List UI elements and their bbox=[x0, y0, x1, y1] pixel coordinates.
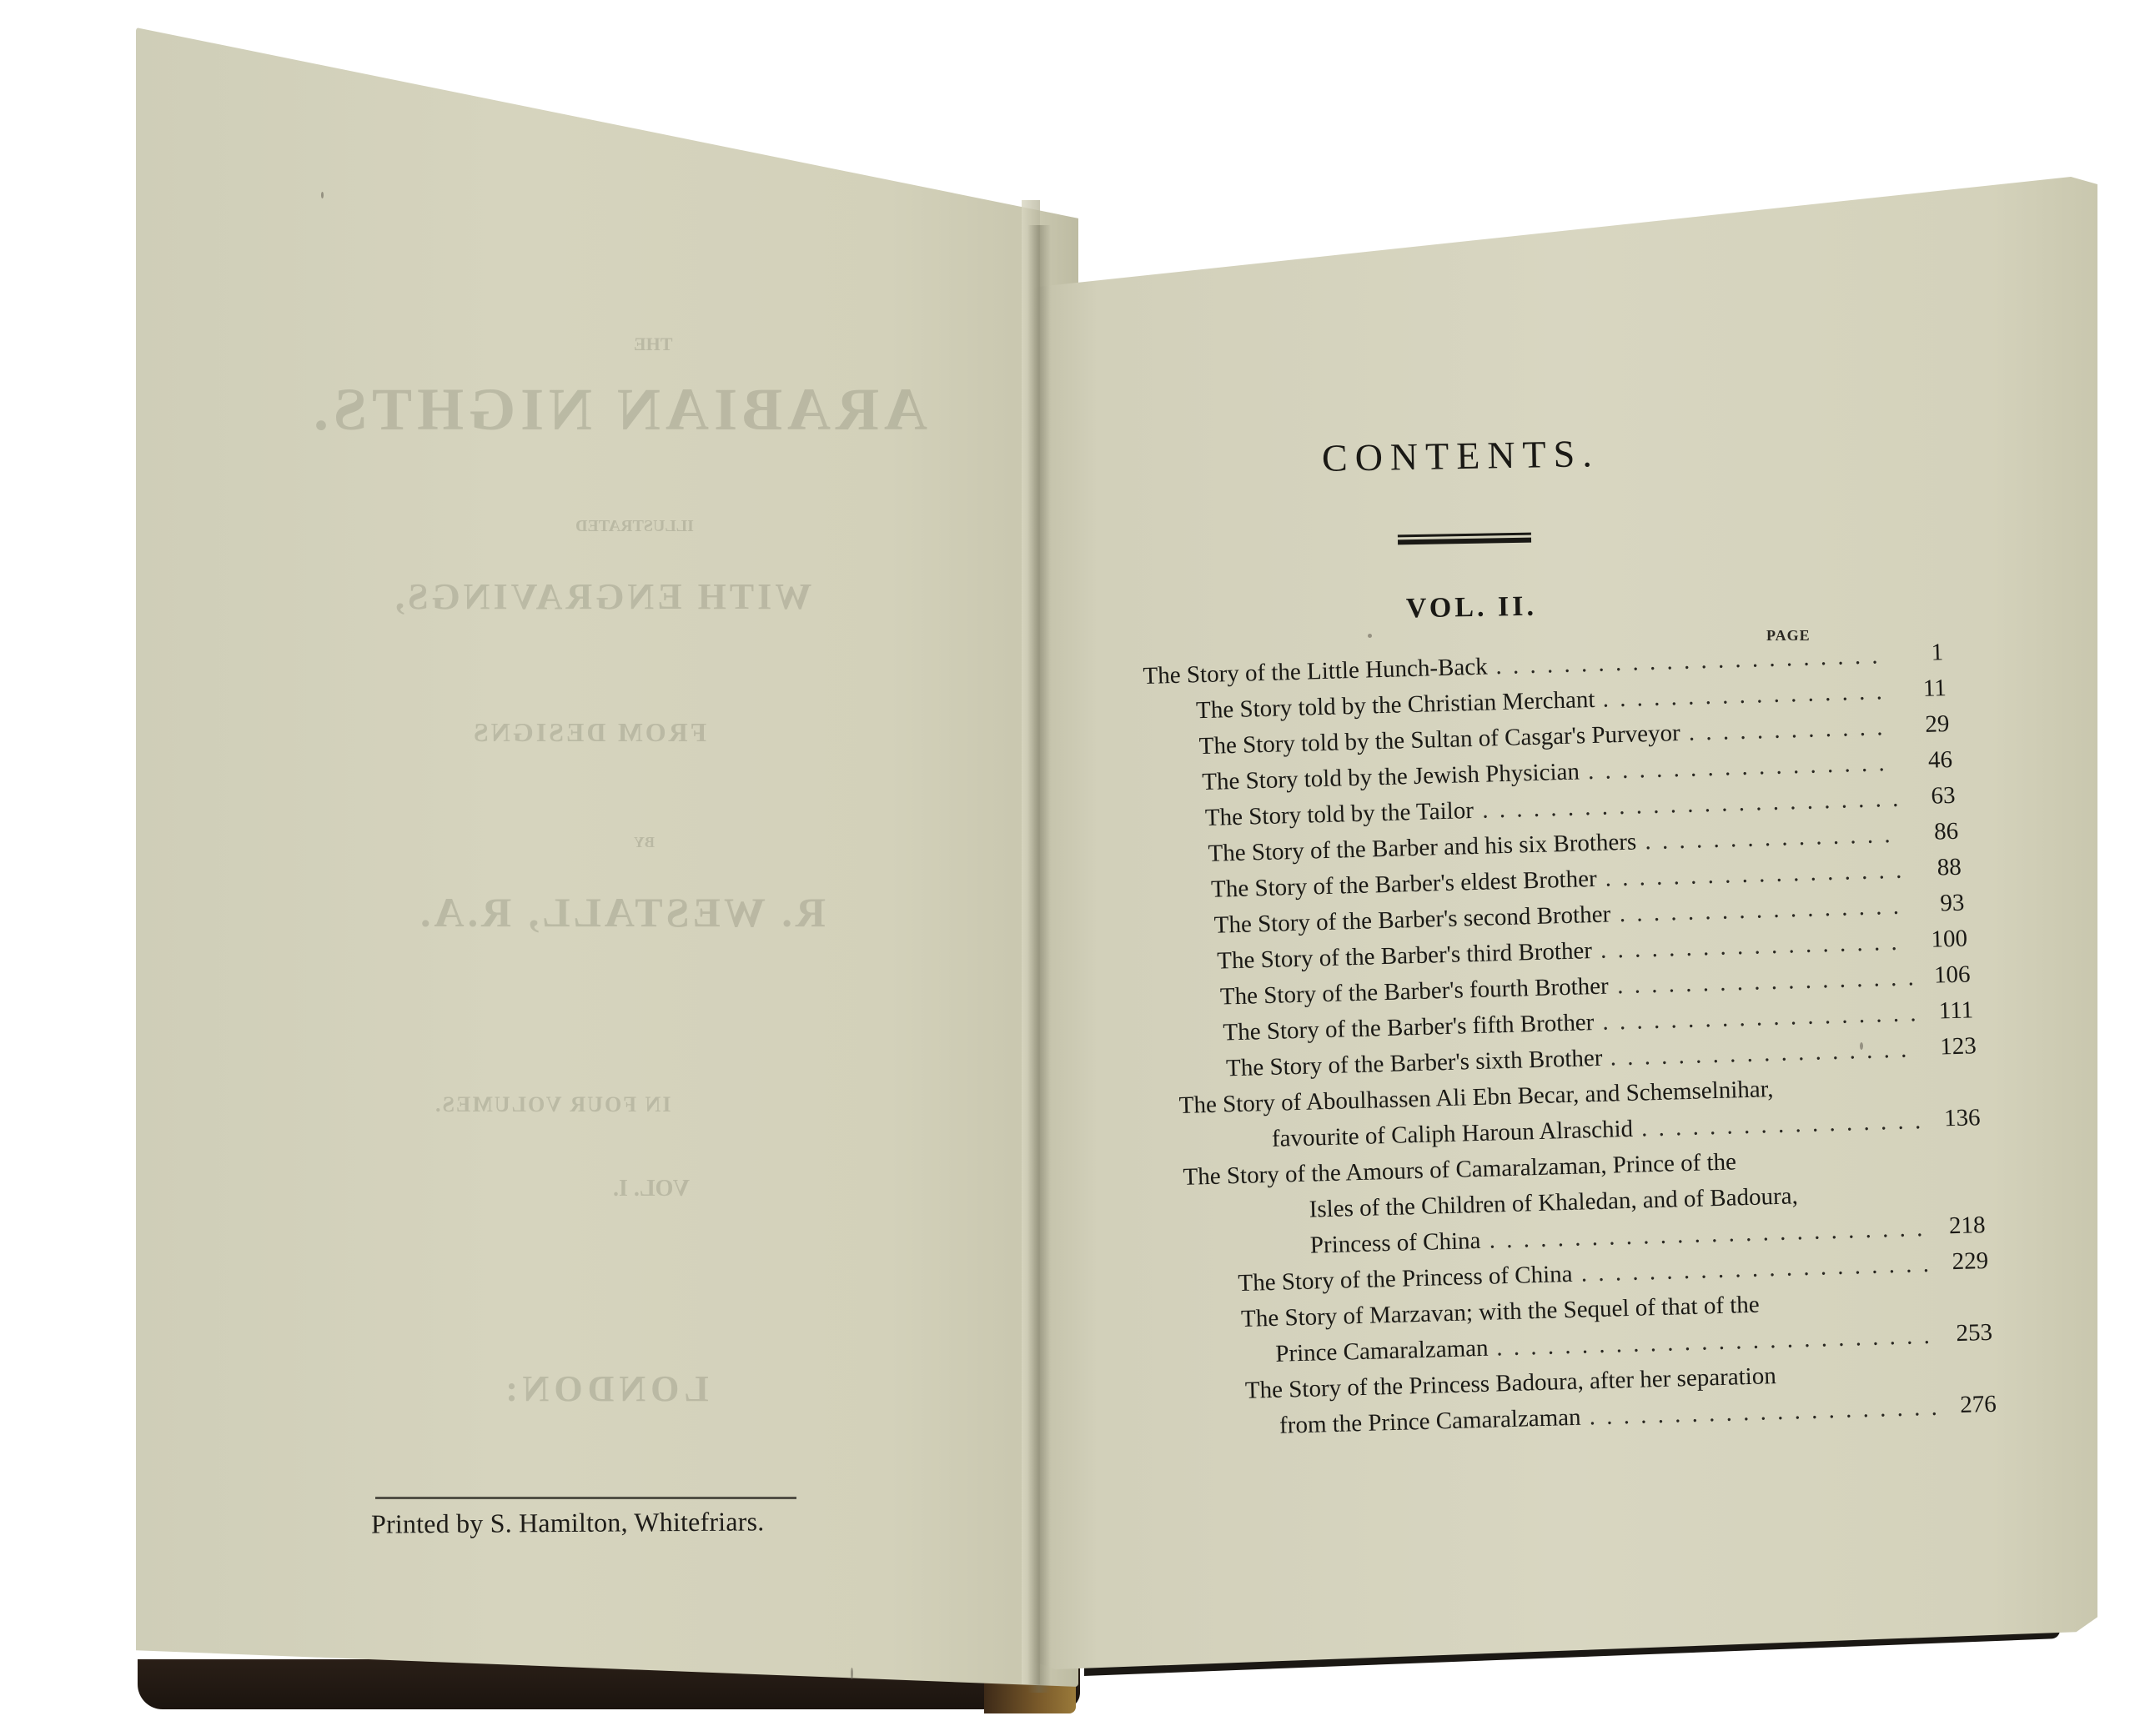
paper-speck bbox=[851, 1668, 853, 1679]
open-book: THE ARABIAN NIGHTS. ILLUSTRATED WITH ENG… bbox=[0, 0, 2135, 1736]
toc-entry-title: Princess of China bbox=[1309, 1223, 1481, 1264]
toc-page-number: 46 bbox=[1901, 742, 1952, 780]
printer-imprint: Printed by S. Hamilton, Whitefriars. bbox=[371, 1506, 765, 1539]
toc-page-number: 218 bbox=[1935, 1207, 1986, 1245]
ghost-text: BY bbox=[634, 834, 655, 851]
imprint-rule bbox=[375, 1497, 796, 1499]
toc-page-number: 253 bbox=[1942, 1315, 1992, 1352]
ghost-text: IN FOUR VOLUMES. bbox=[434, 1092, 671, 1117]
toc-page-number: 106 bbox=[1920, 956, 1971, 994]
paper-speck bbox=[1860, 1042, 1863, 1050]
toc-page-number: 229 bbox=[1938, 1243, 1989, 1281]
left-page bbox=[136, 28, 1078, 1687]
paper-speck bbox=[321, 192, 324, 198]
toc-page-number: 93 bbox=[1914, 886, 1965, 923]
book-gutter bbox=[1027, 225, 1051, 1693]
ghost-text: VOL. I. bbox=[613, 1176, 690, 1202]
leader-dots: . . . . . . . . . . . . . . . . . . . . … bbox=[1688, 710, 1891, 751]
toc-page-number: 136 bbox=[1930, 1100, 1981, 1137]
ghost-text: ARABIAN NIGHTS. bbox=[309, 375, 927, 444]
toc-page-number: 29 bbox=[1899, 706, 1950, 744]
paper-speck bbox=[1368, 634, 1372, 638]
toc-page-number: 123 bbox=[1926, 1028, 1977, 1066]
toc-page-number: 100 bbox=[1916, 921, 1967, 959]
toc-page-number: 63 bbox=[1905, 778, 1956, 815]
ghost-text: ILLUSTRATED bbox=[575, 517, 694, 536]
volume-heading: VOL. II. bbox=[1406, 591, 1538, 625]
toc-page-number: 1 bbox=[1893, 635, 1944, 672]
toc-entry-title: Prince Camaralzaman bbox=[1275, 1331, 1489, 1372]
toc-page-number: 276 bbox=[1946, 1387, 1997, 1424]
ghost-text: WITH ENGRAVINGS, bbox=[392, 575, 811, 618]
ghost-text: FROM DESIGNS bbox=[471, 717, 706, 748]
toc-page-number: 11 bbox=[1896, 670, 1947, 708]
table-of-contents: The Story of the Little Hunch-Back. . . … bbox=[1143, 636, 1965, 1447]
ghost-text: R. WESTALL, R.A. bbox=[417, 888, 826, 936]
ghost-text: THE bbox=[634, 334, 672, 355]
toc-page-number: 88 bbox=[1911, 850, 1962, 887]
contents-title: CONTENTS. bbox=[1322, 431, 1600, 480]
double-rule-divider bbox=[1398, 533, 1531, 547]
toc-page-number: 111 bbox=[1923, 992, 1974, 1030]
ghost-text: LONDON: bbox=[500, 1367, 709, 1410]
toc-page-number: 86 bbox=[1908, 814, 1959, 851]
